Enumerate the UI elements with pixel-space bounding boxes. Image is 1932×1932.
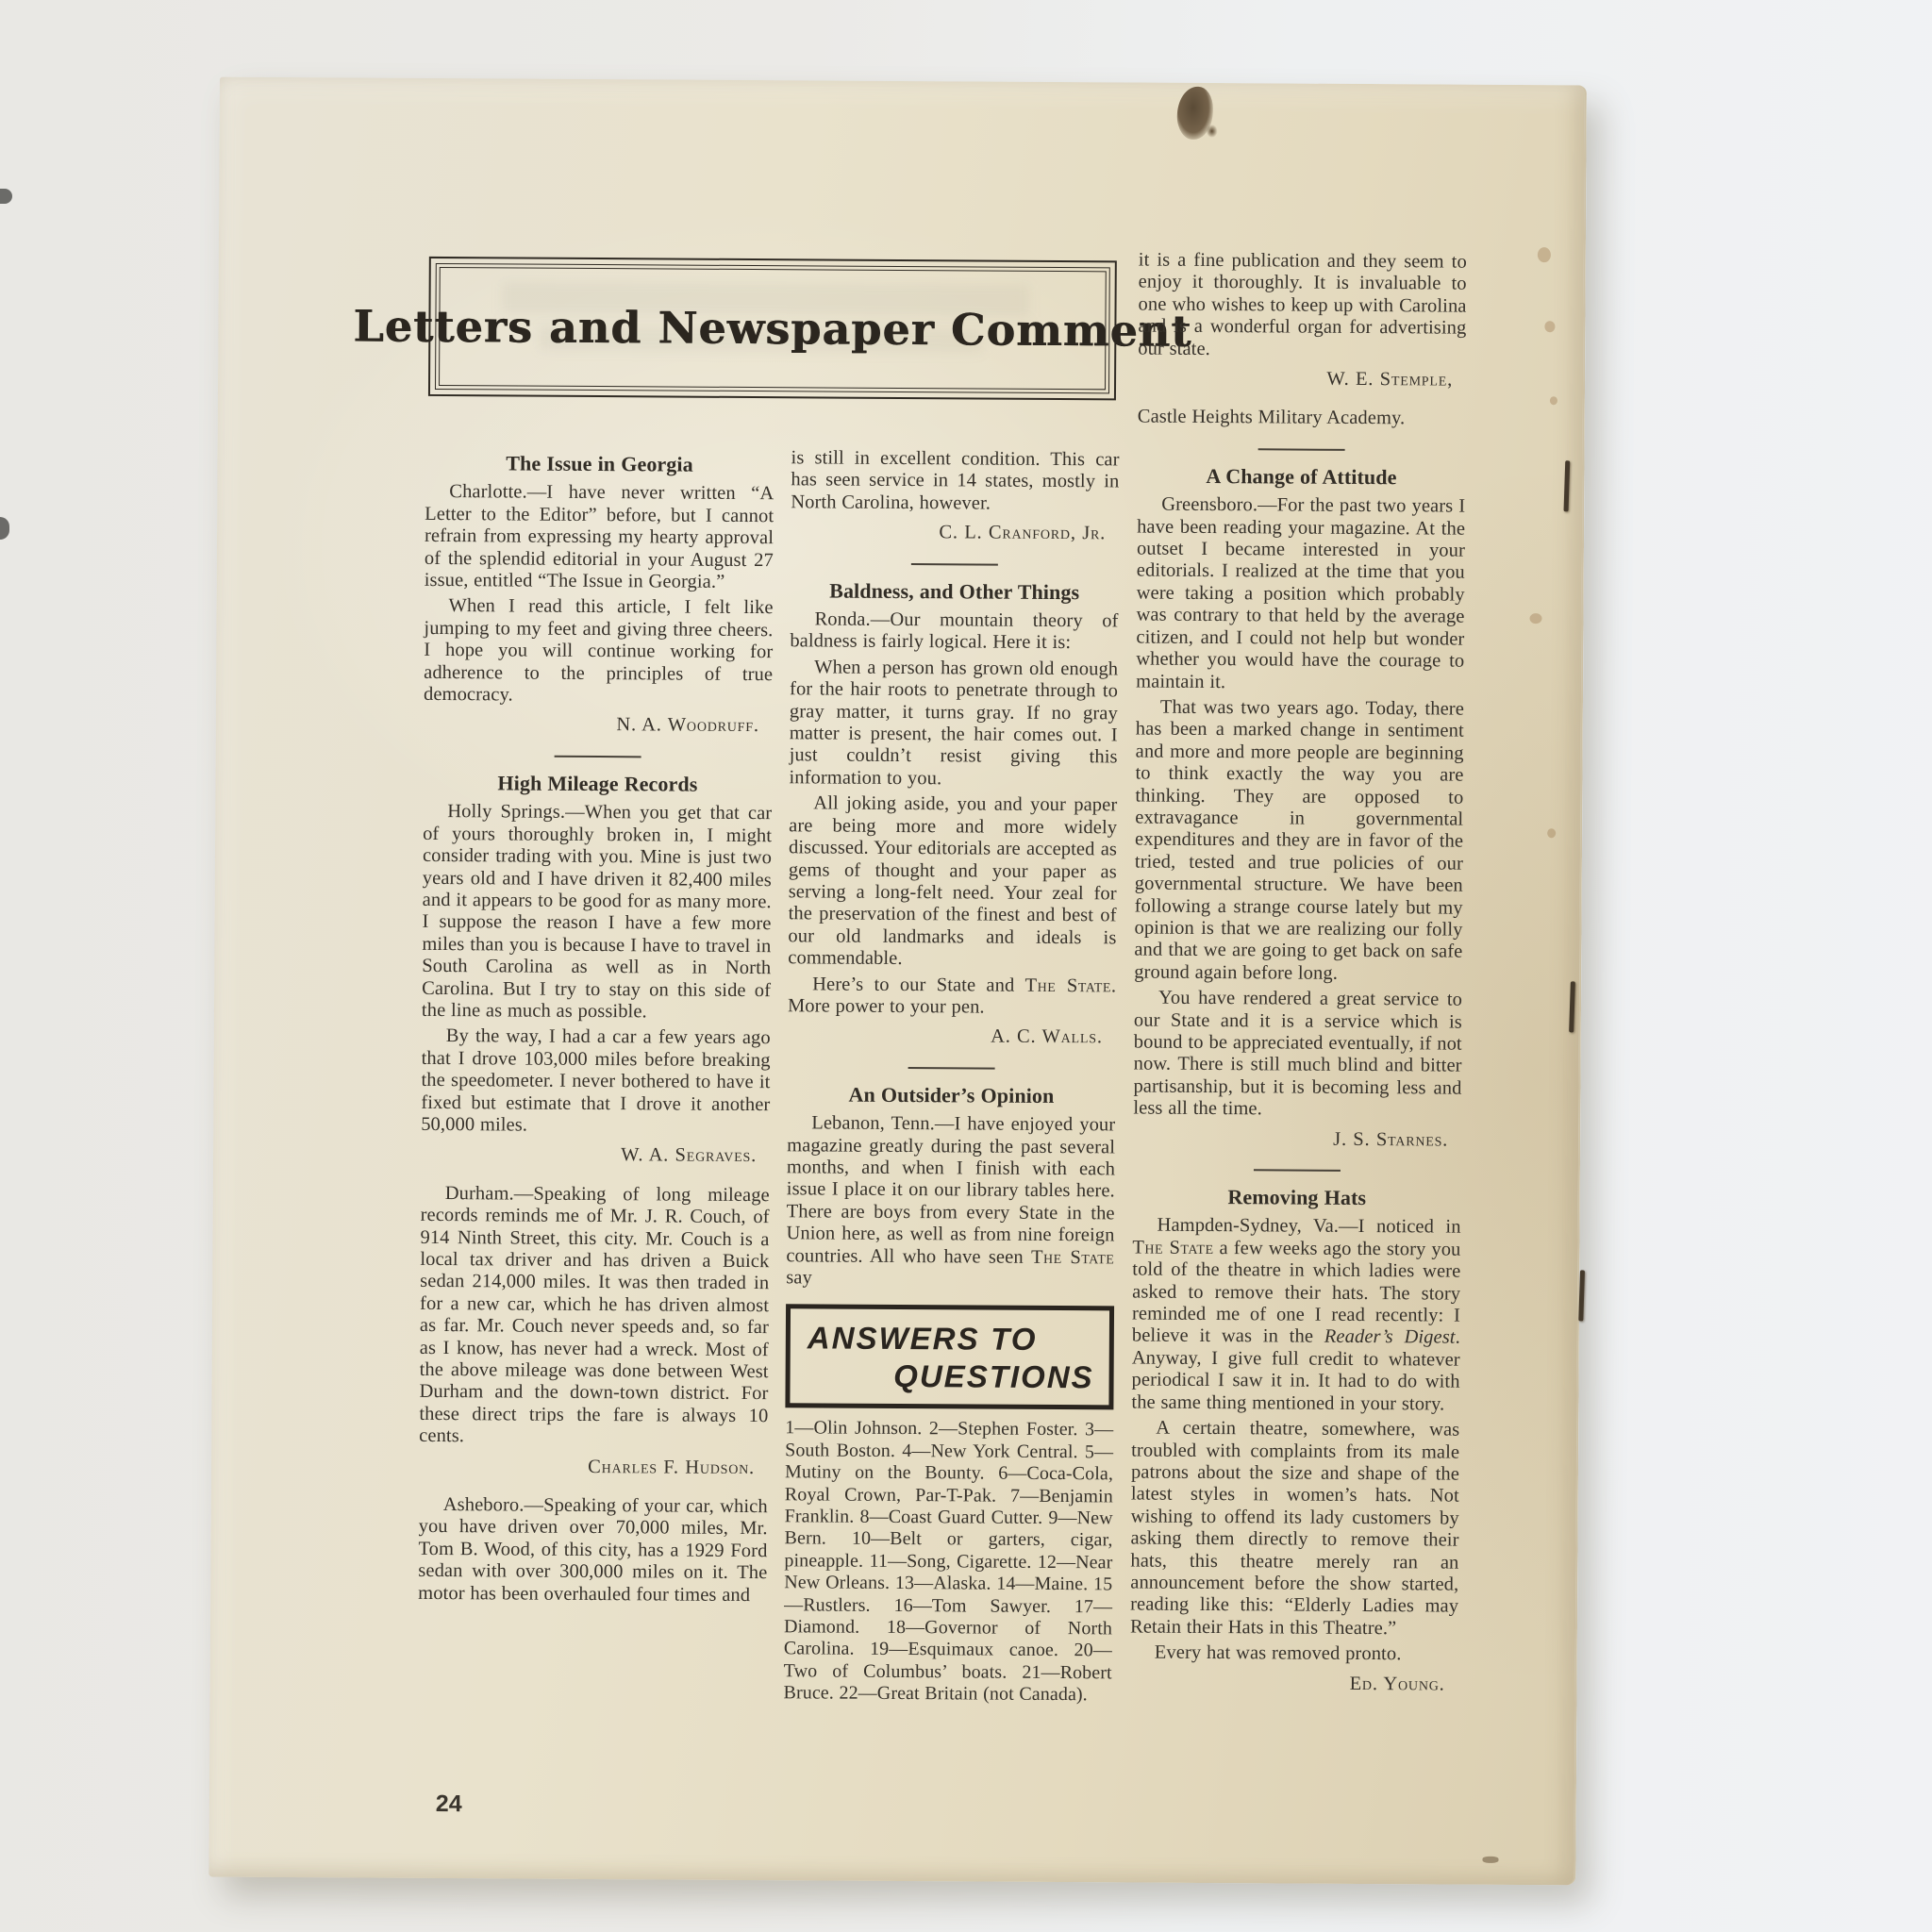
staple	[1564, 460, 1571, 511]
letter-heading: A Change of Attitude	[1137, 464, 1465, 489]
letter-heading: Removing Hats	[1133, 1186, 1461, 1210]
letter-paragraph: it is a fine publication and they seem t…	[1138, 250, 1467, 362]
smallcaps-text: The State	[1132, 1237, 1213, 1258]
letter-paragraph: That was two years ago. Today, there has…	[1134, 696, 1464, 985]
column-1: The Issue in GeorgiaCharlotte.—I have ne…	[418, 439, 774, 1610]
answers-box-title-line1: ANSWERS TO	[804, 1321, 1096, 1358]
letter-signature: C. L. Cranford, Jr.	[791, 521, 1119, 545]
page-number: 24	[436, 1790, 462, 1818]
magazine-page: Letters and Newspaper Comment The Issue …	[208, 77, 1587, 1886]
foxing-spot	[1550, 396, 1557, 405]
letter-paragraph: By the way, I had a car a few years ago …	[421, 1025, 771, 1138]
letter-heading: High Mileage Records	[423, 772, 772, 796]
letter-paragraph: Greensboro.—For the past two years I hav…	[1136, 494, 1465, 695]
letter-paragraph: All joking aside, you and your paper are…	[788, 793, 1117, 972]
letter-signature: N. A. Woodruff.	[424, 713, 773, 738]
corner-stain	[1207, 125, 1218, 138]
text-run: say	[786, 1267, 812, 1288]
letter-paragraph: Here’s to our State and The State. More …	[788, 974, 1116, 1020]
letter-paragraph: is still in excellent condition. This ca…	[791, 447, 1119, 515]
answers-box-title-line2: QUESTIONS	[803, 1358, 1095, 1396]
letter-attribution: Castle Heights Military Academy.	[1138, 407, 1466, 431]
smallcaps-text: The State	[1031, 1246, 1115, 1268]
section-divider	[911, 563, 998, 566]
letter-paragraph: Every hat was removed pronto.	[1130, 1642, 1458, 1667]
foxing-spot	[1544, 321, 1555, 332]
letter-paragraph: When I read this article, I felt like ju…	[424, 595, 774, 708]
section-divider	[908, 1067, 995, 1070]
text-run: Lebanon, Tenn.—I have enjoyed your magaz…	[786, 1113, 1115, 1268]
letter-paragraph: You have rendered a great service to our…	[1133, 988, 1462, 1123]
answers-list: 1—Olin Johnson. 2—Stephen Foster. 3—Sout…	[783, 1418, 1113, 1707]
letter-signature: J. S. Starnes.	[1133, 1127, 1461, 1152]
letter-paragraph: Charlotte.—I have never written “A Lette…	[425, 481, 774, 593]
letter-signature: Ed. Young.	[1130, 1672, 1458, 1696]
column-2: is still in excellent condition. This ca…	[783, 443, 1119, 1710]
masthead-box-rule: Letters and Newspaper Comment	[435, 263, 1110, 393]
letter-heading: The Issue in Georgia	[425, 452, 774, 476]
italic-text: Reader’s Digest	[1324, 1326, 1456, 1348]
text-run: Here’s to our State and	[812, 974, 1025, 995]
letter-paragraph: Ronda.—Our mountain theory of baldness i…	[790, 608, 1118, 655]
staple	[1578, 1270, 1585, 1321]
section-divider	[1258, 448, 1345, 451]
letter-paragraph: Lebanon, Tenn.—I have enjoyed your magaz…	[786, 1112, 1115, 1291]
letter-signature: Charles F. Hudson.	[419, 1456, 768, 1480]
letter-paragraph: Holly Springs.—When you get that car of …	[422, 801, 772, 1024]
photo-edge-mark	[0, 189, 12, 204]
letter-signature: W. A. Segraves.	[421, 1143, 770, 1168]
letter-paragraph: When a person has grown old enough for t…	[789, 657, 1118, 791]
masthead-box-inner-rule: Letters and Newspaper Comment	[439, 267, 1107, 390]
foxing-spot	[1547, 828, 1556, 838]
photo-background: Letters and Newspaper Comment The Issue …	[0, 0, 1932, 1932]
letter-paragraph: Durham.—Speaking of long mileage records…	[419, 1183, 770, 1450]
foxing-spot	[1529, 613, 1541, 624]
photo-edge-mark	[0, 517, 9, 540]
text-run: Hampden-Sydney, Va.—I noticed in	[1158, 1215, 1461, 1238]
smallcaps-text: The State	[1025, 974, 1111, 996]
answers-box: ANSWERS TOQUESTIONS	[785, 1305, 1114, 1410]
foxing-spot	[1482, 1857, 1498, 1863]
letter-paragraph: A certain theatre, somewhere, was troubl…	[1130, 1418, 1459, 1641]
masthead-box: Letters and Newspaper Comment	[428, 257, 1117, 400]
staple	[1569, 981, 1575, 1032]
letter-heading: An Outsider’s Opinion	[787, 1083, 1115, 1108]
section-divider	[555, 756, 641, 758]
letter-signature: A. C. Walls.	[788, 1025, 1116, 1050]
column-3: it is a fine publication and they seem t…	[1129, 246, 1466, 1713]
page-title: Letters and Newspaper Comment	[353, 300, 1191, 356]
letter-paragraph: Asheboro.—Speaking of your car, which yo…	[418, 1494, 768, 1607]
section-divider	[1254, 1169, 1341, 1172]
letter-heading: Baldness, and Other Things	[791, 579, 1119, 604]
letter-paragraph: Hampden-Sydney, Va.—I noticed in The Sta…	[1131, 1215, 1460, 1416]
foxing-spot	[1538, 247, 1551, 262]
letter-signature: W. E. Stemple,	[1138, 368, 1466, 392]
